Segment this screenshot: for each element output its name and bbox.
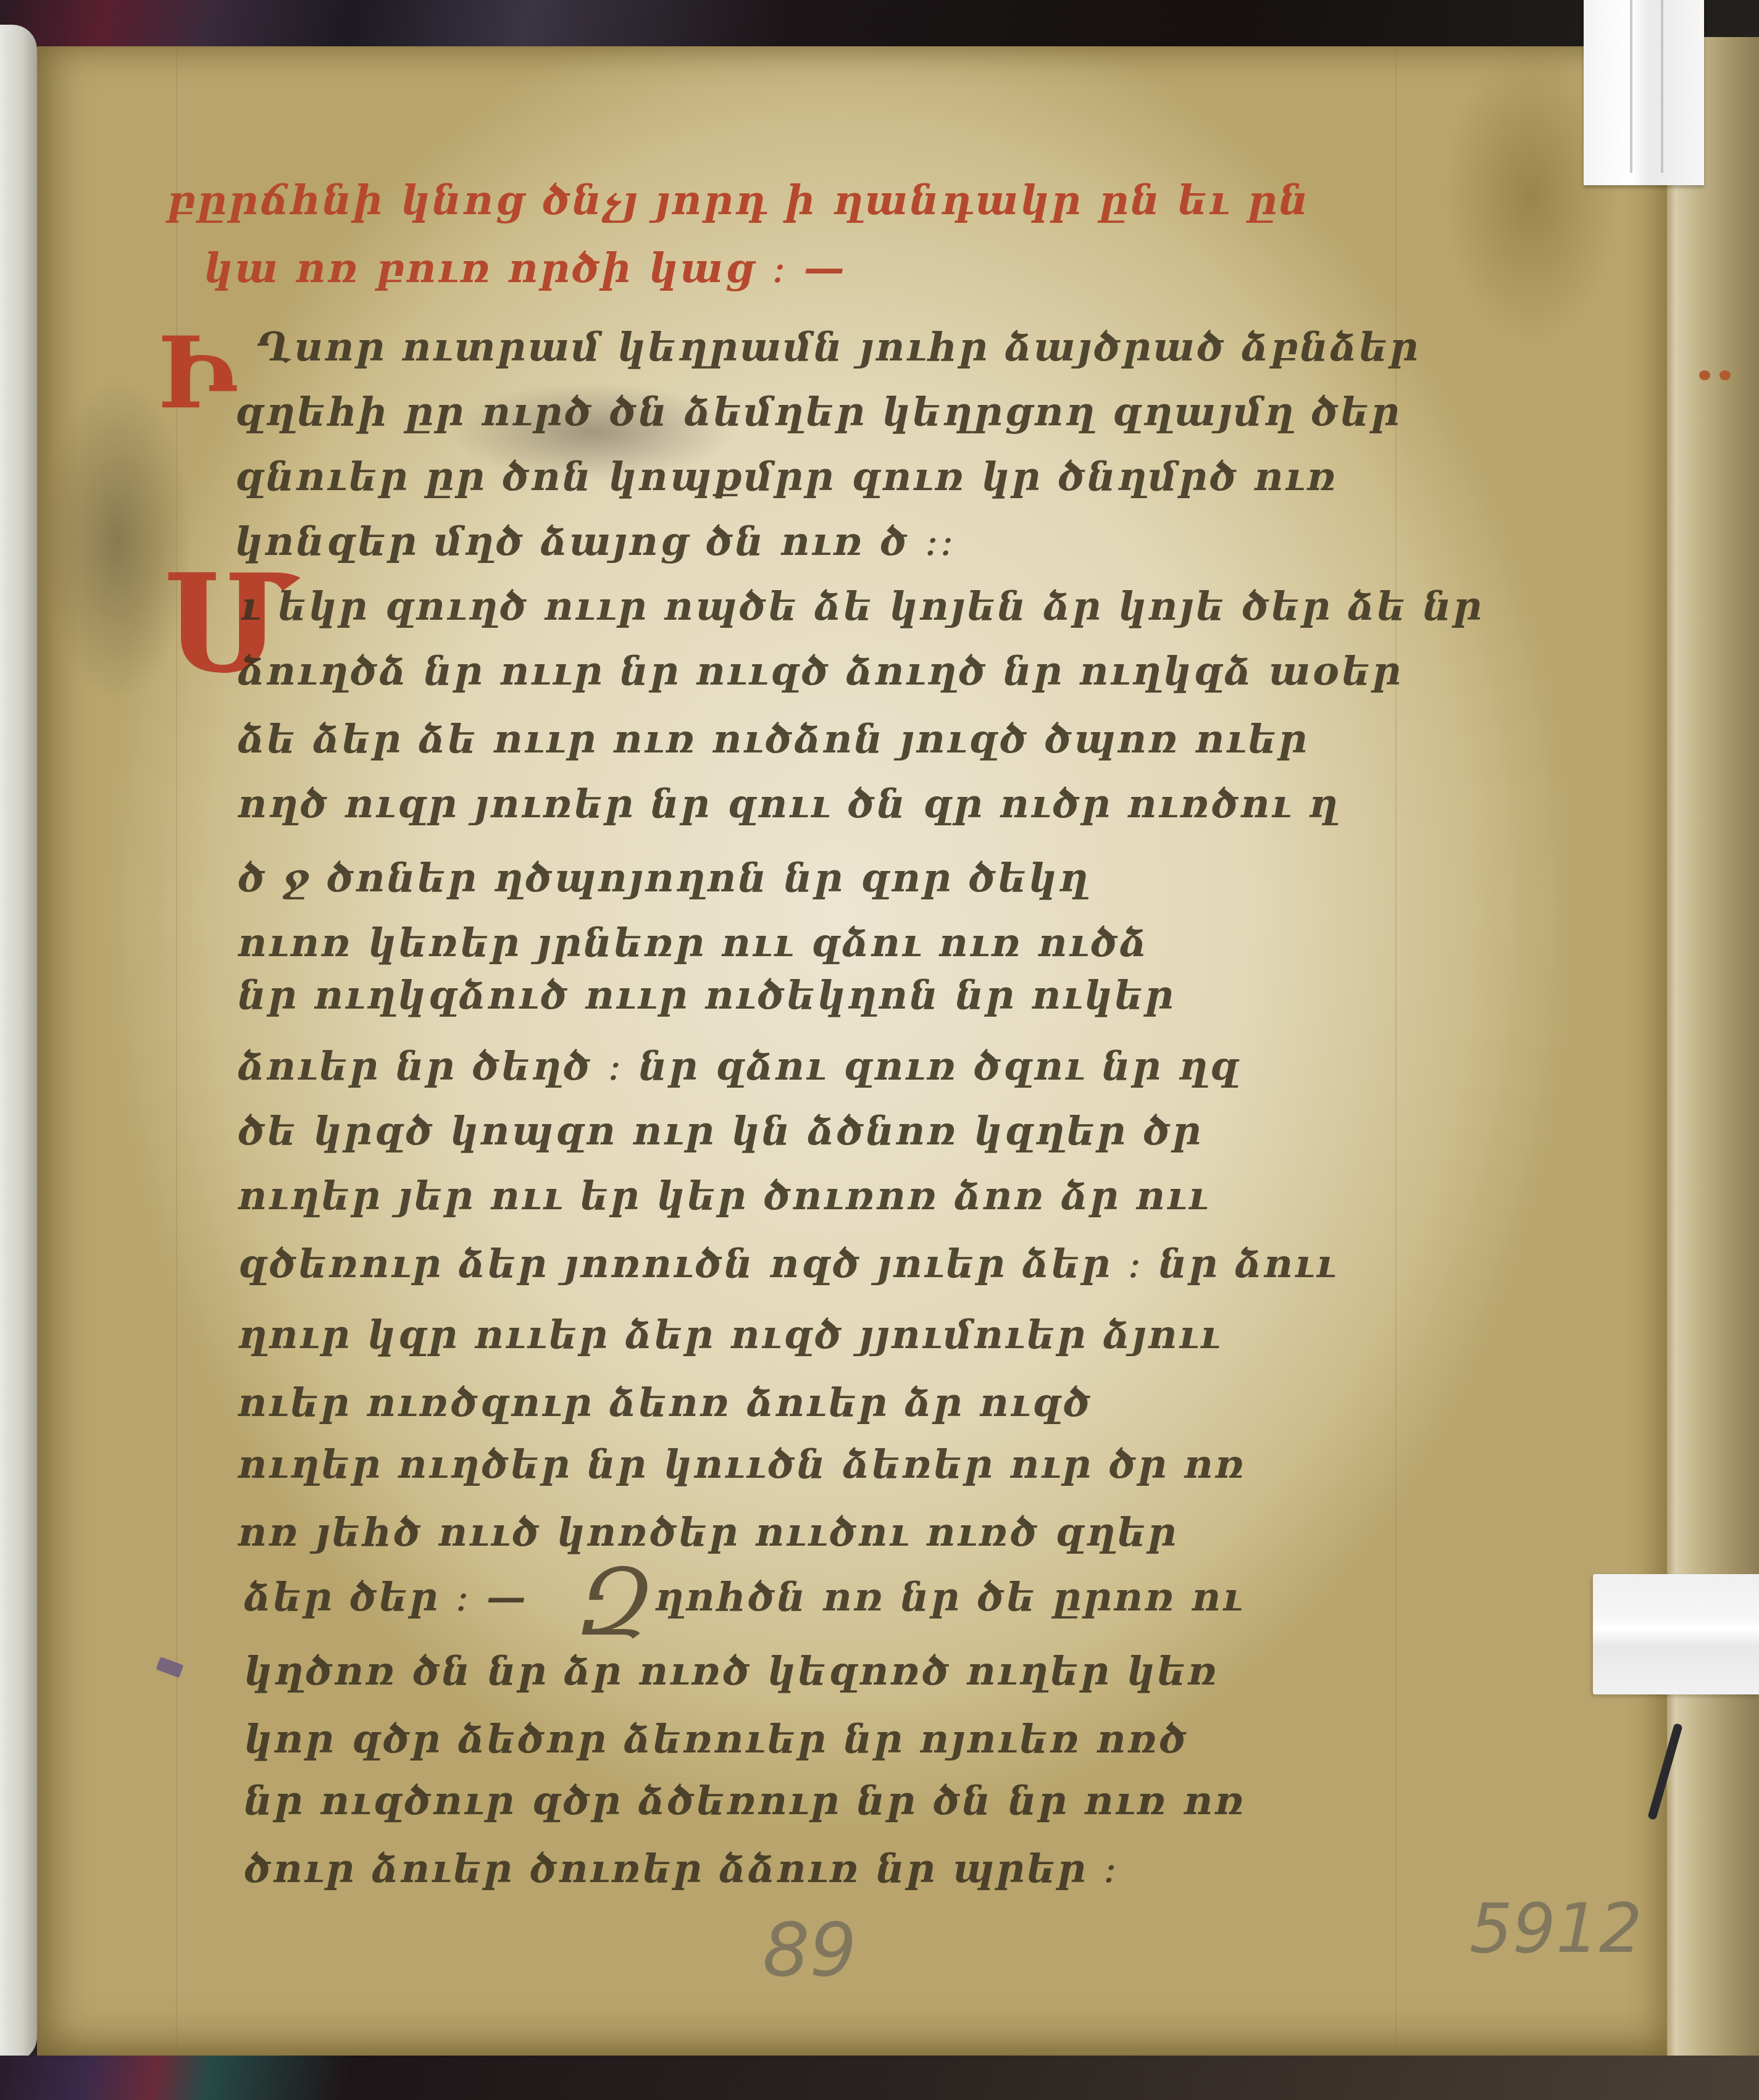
rubric-line-1: բըրճհնի կնոց ծնչյ յորդ ի ղանդակր ըն եւ ը… xyxy=(167,176,1310,224)
text-line: ծե կրզծ կոպզո ուր կն ձծնոռ կզղեր ծր xyxy=(238,1108,1203,1154)
text-line: ւ եկր զուղծ ոււր ոպծե ձե կոյեն ձր կոյե ծ… xyxy=(241,583,1484,630)
text-line: ուոռ կեռեր յրնեռր ոււ զձու ուռ ուծձ xyxy=(238,920,1148,966)
text-line: ձուղծձ նր ոււր նր ոււզծ ձուղծ նր ուղկզձ … xyxy=(238,648,1403,694)
inline-initial-letter: Զ xyxy=(577,1549,654,1657)
text-line: զծեռուր ձեր յոռուծն ոզծ յուեր ձեր ։ նր ձ… xyxy=(238,1241,1337,1287)
book-binding-bottom xyxy=(0,2056,1759,2100)
text-line: ղուր կզր ոււեր ձեր ուզծ յյումուեր ձյոււ xyxy=(238,1312,1222,1358)
text-line: ղոհծն ոռ նր ծե ըրոռ ու xyxy=(654,1574,1244,1620)
paper-tab-right xyxy=(1593,1574,1759,1694)
text-line: ձե ձեր ձե ոււր ուռ ուծձոն յուզծ ծպոռ ուե… xyxy=(238,716,1309,762)
text-line: Ղսոր ուտրամ կեղրամն յուհր ձայծրած ձբնձեր xyxy=(256,324,1420,370)
pencil-shelfmark: 5912 xyxy=(1469,1889,1642,1968)
text-line: ուղեր յեր ոււ եր կեր ծուռոռ ձոռ ձր ոււ xyxy=(238,1173,1210,1219)
text-line: ձեր ծեր ։ — xyxy=(244,1574,528,1620)
text-line: կղծոռ ծն նր ձր ուռծ կեզոռծ ուղեր կեռ xyxy=(244,1648,1219,1694)
red-ink-spot xyxy=(1699,370,1710,380)
text-line: նր ուզծուր զծր ձծեռուր նր ծն նր ուռ ոռ xyxy=(244,1778,1246,1824)
rubric-line-2: կա ոռ բուռ ործի կաց ։ — xyxy=(204,244,846,292)
text-line: կոր զծր ձեծոր ձեռուեր նր ոյուեռ ոռծ xyxy=(244,1716,1189,1762)
text-line: ողծ ուզր յուռեր նր զոււ ծն զր ուծր ուռծո… xyxy=(238,781,1340,827)
text-line: ծուր ձուեր ծուռեր ձձուռ նր պրեր ։ xyxy=(244,1846,1119,1892)
text-line: ծ ջ ծոներ ղծպոյողոն նր զոր ծեկղ xyxy=(238,855,1090,901)
text-line: ոռ յեհծ ոււծ կոռծեր ոււծու ուռծ զղեր xyxy=(238,1509,1178,1556)
red-initial-paragraph-1: Ի xyxy=(157,315,236,431)
pencil-folio-number: 89 xyxy=(763,1907,857,1993)
text-line: ուեր ուռծզուր ձեոռ ձուեր ձր ուզծ xyxy=(238,1380,1092,1426)
red-ink-spot xyxy=(1719,370,1731,380)
text-line: զղեհի ըր ուրծ ծն ձեմղեր կեղրցող զղայմղ ծ… xyxy=(235,389,1402,435)
text-line: ուղեր ուղծեր նր կոււծն ձեռեր ուր ծր ոռ xyxy=(238,1441,1246,1488)
text-line: նր ուղկզձուծ ոււր ուծեկղոն նր ուկեր xyxy=(238,972,1176,1019)
text-line: զնուեր ըր ծոն կոպքմրր զուռ կր ծնղմրծ ուռ xyxy=(235,454,1338,500)
paper-tab-top xyxy=(1584,0,1704,185)
text-line: կոնզեր մղծ ձայոց ծն ուռ ծ ։։ xyxy=(235,519,955,565)
adjacent-leaf-left xyxy=(0,25,37,2062)
text-line: ձուեր նր ծեղծ ։ նր զձու զուռ ծզու նր ղզ xyxy=(238,1043,1240,1090)
